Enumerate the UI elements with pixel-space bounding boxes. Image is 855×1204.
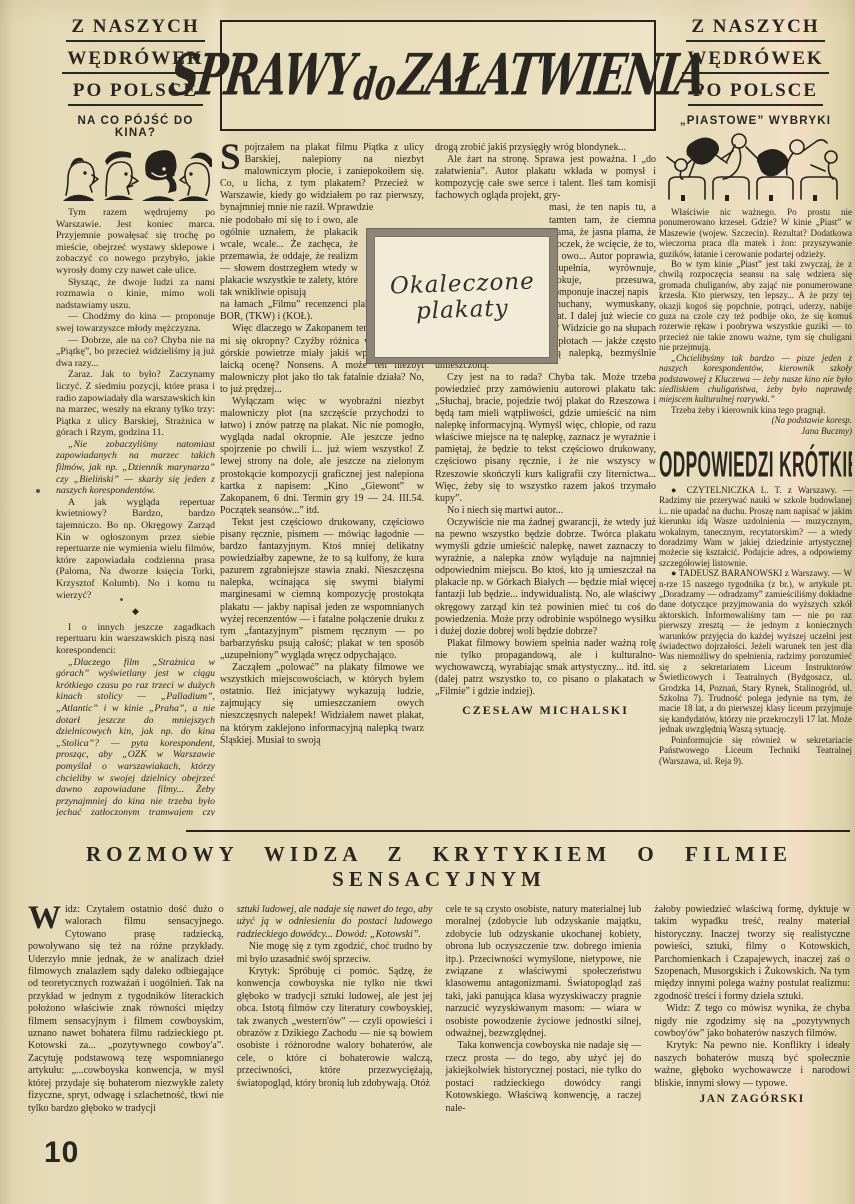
paragraph: Tekst jest częściowo drukowany, częściow…	[220, 517, 424, 662]
paragraph: WĘDRÓWEK	[682, 48, 828, 74]
bottom-column-1: Widz: Czytałem ostatnio dość dużo o walo…	[28, 904, 224, 1115]
page-number: 10	[44, 1136, 79, 1170]
center-article: SPRAWYdoZAŁATWIENIA Spojrzałem na plakat…	[220, 20, 656, 820]
section-divider-rule	[186, 830, 850, 832]
paragraph: żałoby powiedzieć właściwą formę, dyktuj…	[654, 904, 850, 1003]
paragraph: No i niech się martwi autor...	[435, 505, 656, 517]
paragraph: Jana Buczmy)	[659, 426, 852, 436]
paragraph: Z NASZYCH	[686, 16, 824, 42]
masthead-word-2: do	[348, 59, 402, 111]
paragraph: Oczywiście nie ma żadnej gwarancji, że w…	[435, 517, 656, 638]
bottom-article: ROZMOWY WIDZA Z KRYTYKIEM O FILMIE SENSA…	[28, 830, 850, 1190]
masthead-box: SPRAWYdoZAŁATWIENIA	[220, 20, 656, 131]
paragraph: Ale żart na stronę. Sprawa jest poważna.…	[435, 154, 656, 202]
bottom-column-4: żałoby powiedzieć właściwą formę, dyktuj…	[654, 904, 850, 1115]
paragraph: Widz: Czytałem ostatnio dość dużo o walo…	[28, 904, 224, 1115]
right-column-header: Z NASZYCHWĘDRÓWEKPO POLSCE	[659, 16, 852, 106]
paragraph: Zaraz. Jak to było? Zaczynamy liczyć. Z …	[56, 369, 215, 439]
paragraph: PO POLSCE	[688, 80, 823, 106]
mustache-man-head	[104, 151, 138, 200]
paragraph: JAN ZAGÓRSKI	[654, 1093, 850, 1105]
paragraph: ◆	[56, 606, 215, 618]
right-column: Z NASZYCHWĘDRÓWEKPO POLSCE „PIASTOWE” WY…	[659, 16, 852, 828]
four-profile-heads-cartoon	[60, 143, 212, 201]
right-article-credit: (Na podstawie koresp.Jana Buczmy)	[659, 415, 852, 436]
paragraph: Właściwie nic ważnego. Po prostu nie pon…	[659, 207, 852, 259]
bald-man-head	[63, 158, 98, 201]
paragraph: A jak wygląda repertuar kwietniowy? Bard…	[56, 497, 215, 601]
bottom-column-3: cele te są czysto osobiste, natury mater…	[446, 904, 642, 1115]
paragraph: CZESŁAW MICHALSKI	[435, 704, 656, 716]
paragraph: Zacząłem „polować” na plakaty filmowe we…	[220, 662, 424, 747]
paragraph: Czy jest na to rada? Chyba tak. Może trz…	[435, 372, 656, 505]
paragraph: I o innych jeszcze zagadkach repertuaru …	[56, 622, 215, 657]
inset-plaque-line-2: plakaty	[415, 295, 509, 324]
paragraph: „Dlaczego film „Strażnica w górach” wyśw…	[56, 657, 215, 816]
paragraph: Trzeba żeby i kierownik kina tego pragną…	[659, 405, 852, 415]
cinema-chair-scuffle-cartoon	[661, 131, 851, 201]
paragraph: Słysząc, że dwoje ludzi za nami rozmawia…	[56, 277, 215, 312]
right-kicker: „PIASTOWE” WYBRYKI	[659, 115, 852, 127]
paragraph: Tym razem wędrujemy po Warszawie. Jest k…	[56, 207, 215, 277]
magazine-page: { "page": { "number": "10", "ink_color":…	[0, 0, 855, 1204]
left-kicker: NA CO PÓJŚĆ DO KINA?	[56, 115, 215, 139]
paragraph: „Chcielibyśmy tak bardzo — pisze jeden z…	[659, 353, 852, 405]
paragraph: „Nie zobaczyliśmy natomiast zapowiadanyc…	[56, 439, 215, 497]
paragraph: Z NASZYCH	[66, 16, 204, 42]
paragraph: Taka konwencja cowboyska nie nadaje się …	[446, 1040, 642, 1114]
bottom-column-2: sztuki ludowej, ale nadaje się nawet do …	[237, 904, 433, 1115]
masthead-word-1: SPRAWY	[167, 42, 358, 108]
cinema-chairs	[669, 177, 837, 201]
answers-header-wrap: ODPOWIEDZI KRÓTKIE	[659, 445, 852, 479]
paragraph: ● TADEUSZ BARANOWSKI z Warszawy. — W n-r…	[659, 568, 852, 735]
paragraph: Krytyk: Na pewno nie. Konflikty i ideały…	[654, 1040, 850, 1090]
young-man-head	[178, 152, 212, 201]
paragraph: Plakat filmowy bowiem spełnia nader ważn…	[435, 638, 656, 698]
paragraph: sztuki ludowej, ale nadaje się nawet do …	[237, 904, 433, 941]
paragraph: Bo w tym kinie „Piast” jest taki zwyczaj…	[659, 259, 852, 353]
answers-body: ● CZYTELNICZKA L. T. z Warszawy. — Radzi…	[659, 485, 852, 766]
paragraph: cele te są czysto osobiste, natury mater…	[446, 904, 642, 1040]
paragraph: Poinformujcie się również w sekretariaci…	[659, 735, 852, 766]
right-article-body: Właściwie nic ważnego. Po prostu nie pon…	[659, 207, 852, 415]
paragraph: Nie mogę się z tym zgodzić, choć trudno …	[237, 941, 433, 966]
inset-plaque-inner: Okaleczone plakaty	[374, 236, 550, 358]
paragraph: ● CZYTELNICZKA L. T. z Warszawy. — Radzi…	[659, 485, 852, 568]
masthead-title: SPRAWYdoZAŁATWIENIA	[167, 42, 710, 108]
inset-plaque: Okaleczone plakaty	[366, 228, 558, 364]
paragraph: — Chodźmy do kina — proponuje swej towar…	[56, 311, 215, 334]
answers-section-header: ODPOWIEDZI KRÓTKIE	[659, 445, 852, 487]
paragraph: nie podobało mi się to i owo, ale ogólni…	[220, 215, 358, 300]
curly-hair-woman-head	[142, 150, 177, 201]
left-article-body: Tym razem wędrujemy po Warszawie. Jest k…	[56, 207, 215, 816]
paragraph: — Dobrze, ale na co? Chyba nie na „Piątk…	[56, 335, 215, 370]
paragraph: Spojrzałem na plakat filmu Piątka z ulic…	[220, 142, 424, 215]
paragraph: (Na podstawie koresp.	[659, 415, 852, 425]
left-column: Z NASZYCHWĘDRÓWEKPO POLSCE NA CO PÓJŚĆ D…	[56, 16, 215, 816]
paragraph: Wyłączam więc w wyobraźni niezbyt malown…	[220, 396, 424, 517]
center-columns: Spojrzałem na plakat filmu Piątka z ulic…	[220, 142, 656, 747]
paragraph: Widz: Z tego co mówisz wynika, że chyba …	[654, 1003, 850, 1040]
scuffling-figures	[667, 134, 837, 179]
inset-plaque-line-1: Okaleczone	[389, 268, 535, 299]
paper-speck	[120, 598, 123, 601]
paper-speck	[36, 489, 40, 493]
bottom-columns: Widz: Czytałem ostatnio dość dużo o walo…	[28, 904, 850, 1115]
paragraph: Krytyk: Spróbuję ci pomóc. Sądzę, że kon…	[237, 966, 433, 1090]
paragraph: masi, że ten napis tu, a tamten tam, że …	[549, 202, 656, 299]
paragraph: drogą zrobić jakiś przysięgły wróg blond…	[435, 142, 656, 154]
bottom-article-heading: ROZMOWY WIDZA Z KRYTYKIEM O FILMIE SENSA…	[28, 842, 850, 892]
